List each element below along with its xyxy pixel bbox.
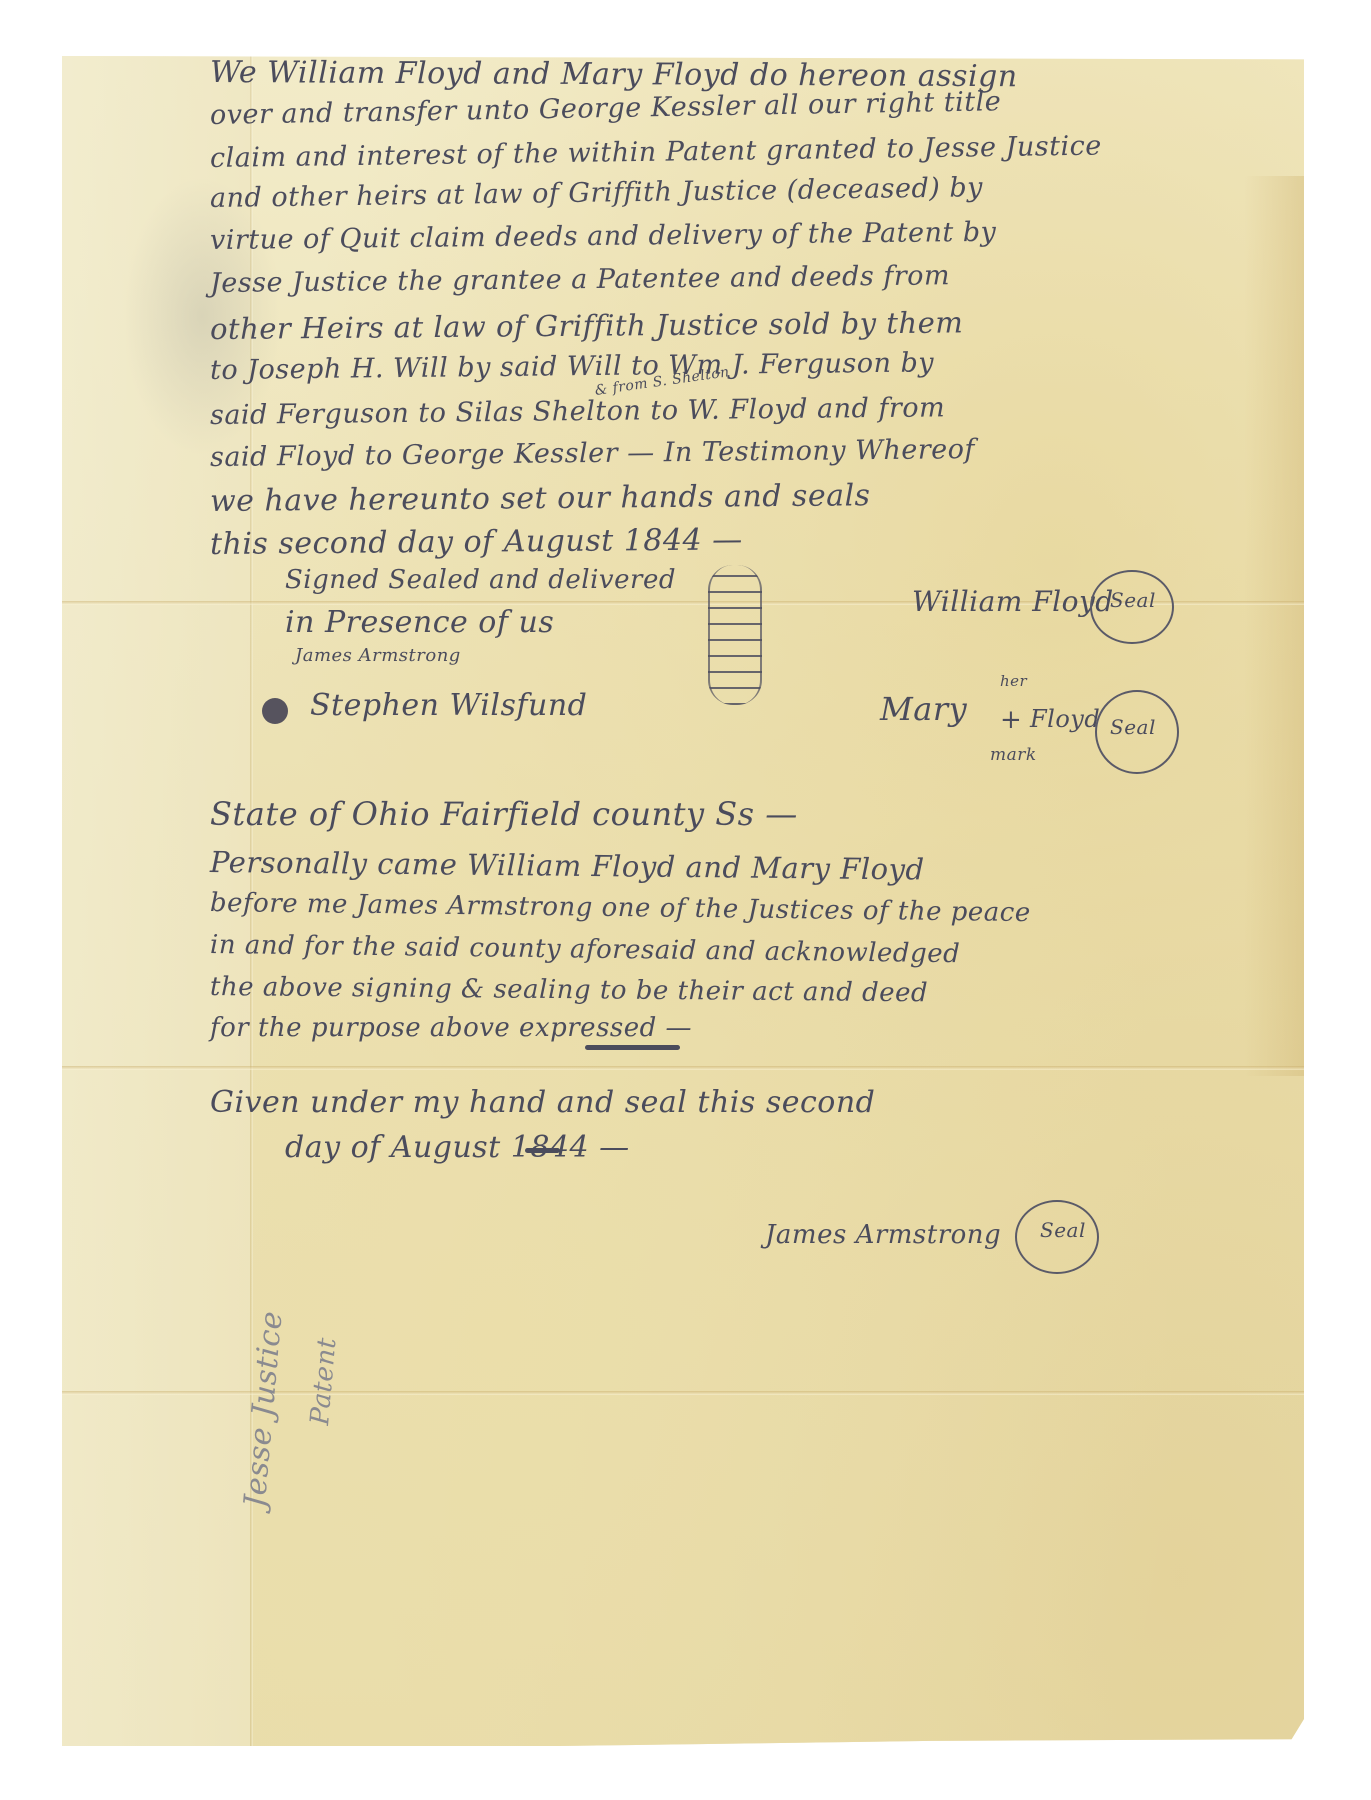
signature-mary: Mary bbox=[880, 690, 967, 728]
attestation-line: Given under my hand and seal this second bbox=[210, 1085, 875, 1120]
deed-line: we have hereunto set our hands and seals bbox=[210, 478, 871, 519]
seal-label: Seal bbox=[1110, 715, 1156, 739]
signature-floyd: Floyd bbox=[1030, 705, 1100, 733]
signed-sealed-line: Signed Sealed and delivered bbox=[285, 565, 676, 595]
horizontal-fold-line bbox=[62, 1066, 1304, 1070]
mark-cross: + bbox=[1000, 705, 1022, 735]
seal-label: Seal bbox=[1040, 1218, 1086, 1242]
closing-dash bbox=[585, 1045, 680, 1050]
acknowledgment-line: for the purpose above expressed — bbox=[210, 1013, 692, 1043]
deed-line: this second day of August 1844 — bbox=[210, 522, 743, 562]
edge-stain bbox=[1244, 176, 1304, 1076]
witness-name: Stephen Wilsfund bbox=[310, 688, 587, 723]
her-label: her bbox=[1000, 672, 1027, 690]
acknowledgment-line: State of Ohio Fairfield county Ss — bbox=[210, 795, 798, 833]
signature-william-floyd: William Floyd bbox=[912, 585, 1114, 618]
ink-blot bbox=[262, 698, 288, 724]
attestation-line: day of August 1844 — bbox=[285, 1130, 630, 1165]
seal-label: Seal bbox=[1110, 588, 1156, 612]
mark-label: mark bbox=[990, 745, 1037, 765]
witness-name: James Armstrong bbox=[295, 645, 461, 666]
seal-scroll-coil-icon bbox=[708, 565, 762, 705]
deed-line: other Heirs at law of Griffith Justice s… bbox=[210, 305, 964, 346]
acknowledgment-line: the above signing & sealing to be their … bbox=[210, 972, 928, 1008]
in-presence-line: in Presence of us bbox=[285, 605, 554, 640]
signature-james-armstrong: James Armstrong bbox=[765, 1220, 1001, 1250]
closing-dash bbox=[525, 1148, 560, 1153]
